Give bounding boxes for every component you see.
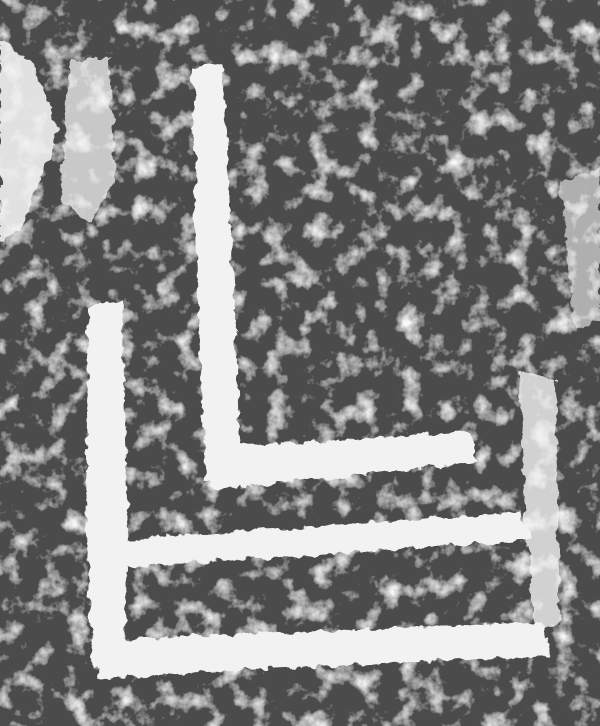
rubbing-svg (0, 0, 600, 726)
rubbing-image (0, 0, 600, 726)
